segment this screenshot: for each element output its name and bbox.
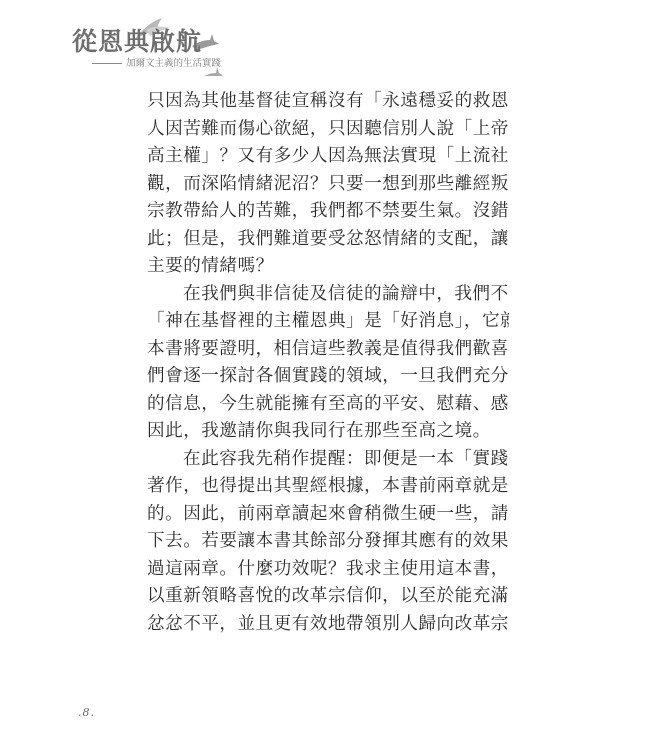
text-line: 人因苦難而傷心欲絕，只因聽信別人說「上帝並非擁有至 [147,116,509,144]
text-line: 的。因此，前兩章讀起來會稍微生硬一些，請你務必堅持 [147,501,509,529]
text-line: 主要的情緒嗎？ [147,253,509,281]
text-line: 觀，而深陷情緒泥沼？只要一想到那些離經叛道的哲學與 [147,171,509,199]
text-line: 只因為其他基督徒宣稱沒有「永遠穩妥的救恩」？有多少 [147,88,509,116]
text-line: 以重新領略喜悅的改革宗信仰，以至於能充滿喜樂，而非 [147,583,509,611]
running-header: 從恩典啟航 加爾文主義的生活實踐 [72,28,232,78]
text-line: 本書將要證明，相信這些教義是值得我們歡喜快樂的。我 [147,336,509,364]
text-line: 忿忿不平，並且更有效地帶領別人歸向改革宗信仰。 [147,611,509,639]
book-title: 從恩典啟航 [72,28,202,56]
text-line: 著作，也得提出其聖經根據，本書前兩章就是為了這個目 [147,473,509,501]
text-line: 的信息，今生就能擁有至高的平安、慰藉、感恩和喜樂； [147,391,509,419]
text-line: 「神在基督裡的主權恩典」是「好消息」，它就是福音。 [147,308,509,336]
text-line: 此；但是，我們難道要受忿怒情緒的支配，讓它成為我們 [147,226,509,254]
text-line: 因此，我邀請你與我同行在那些至高之境。 [147,418,509,446]
subtitle-dash [92,63,122,64]
book-subtitle-text: 加爾文主義的生活實踐 [126,58,221,69]
book-subtitle: 加爾文主義的生活實踐 [92,58,221,70]
page-number: .8. [78,706,95,719]
paragraph-1: 只因為其他基督徒宣稱沒有「永遠穩妥的救恩」？有多少 人因苦難而傷心欲絕，只因聽信… [147,88,509,281]
paragraph-2: 在我們與非信徒及信徒的論辯中，我們不可忘記 「神在基督裡的主權恩典」是「好消息」… [147,281,509,446]
body-text: 只因為其他基督徒宣稱沒有「永遠穩妥的救恩」？有多少 人因苦難而傷心欲絕，只因聽信… [147,88,509,638]
text-line: 高主權」？又有多少人因為無法實現「上流社會」的成聖 [147,143,509,171]
text-line: 過這兩章。什麼功效呢？我求主使用這本書，好叫讀者得 [147,556,509,584]
paragraph-3: 在此容我先稍作提醒：即便是一本「實踐神學」的 著作，也得提出其聖經根據，本書前兩… [147,446,509,639]
text-line: 下去。若要讓本書其餘部分發揮其應有的效果，就不可略 [147,528,509,556]
text-line: 在此容我先稍作提醒：即便是一本「實踐神學」的 [147,446,509,474]
text-line: 在我們與非信徒及信徒的論辯中，我們不可忘記 [147,281,509,309]
text-line: 宗教帶給人的苦難，我們都不禁要生氣。沒錯，確實是如 [147,198,509,226]
text-line: 們會逐一探討各個實踐的領域，一旦我們充分領略了恩典 [147,363,509,391]
